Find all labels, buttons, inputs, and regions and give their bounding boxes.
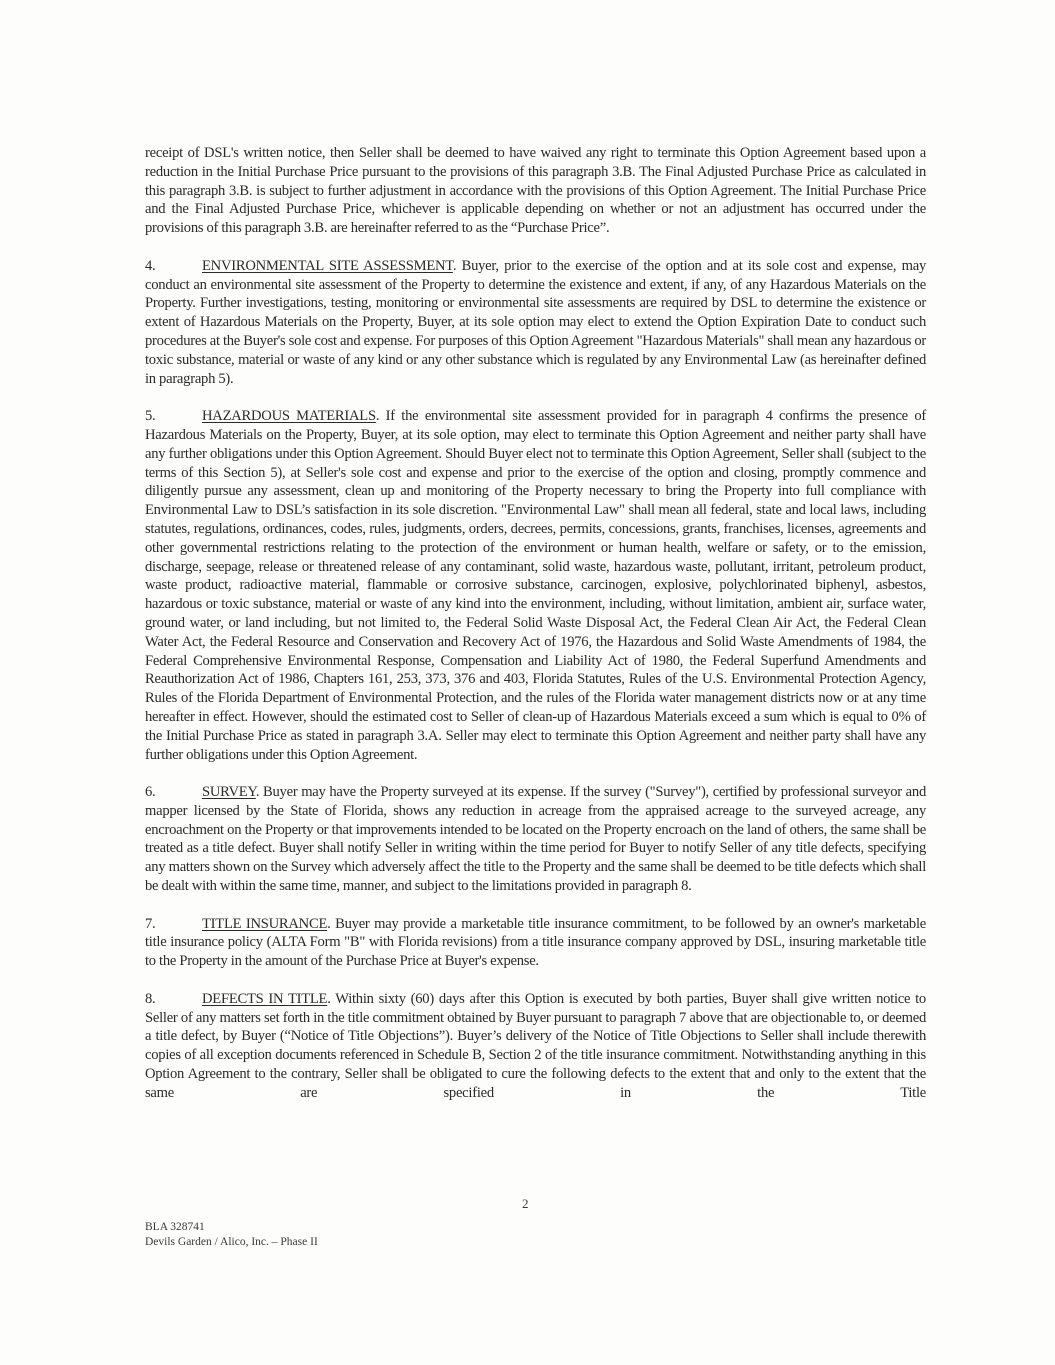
section-heading: SURVEY (202, 784, 256, 800)
section-number: 4. (145, 257, 202, 276)
section-number: 8. (145, 990, 202, 1009)
document-body: receipt of DSL's written notice, then Se… (145, 144, 926, 1121)
section-text: . Buyer may have the Property surveyed a… (145, 784, 926, 894)
section-5-hazardous-materials: 5.HAZARDOUS MATERIALS. If the environmen… (145, 407, 926, 764)
section-heading: TITLE INSURANCE (202, 916, 327, 932)
section-heading: HAZARDOUS MATERIALS (202, 408, 376, 424)
section-text: . Within sixty (60) days after this Opti… (145, 991, 926, 1101)
section-number: 6. (145, 783, 202, 802)
continuation-paragraph: receipt of DSL's written notice, then Se… (145, 144, 926, 238)
section-8-defects-in-title: 8.DEFECTS IN TITLE. Within sixty (60) da… (145, 990, 926, 1103)
section-4-environmental-site-assessment: 4.ENVIRONMENTAL SITE ASSESSMENT. Buyer, … (145, 257, 926, 389)
section-text: . Buyer, prior to the exercise of the op… (145, 258, 926, 387)
section-7-title-insurance: 7.TITLE INSURANCE. Buyer may provide a m… (145, 915, 926, 971)
section-heading: ENVIRONMENTAL SITE ASSESSMENT (202, 258, 453, 274)
section-6-survey: 6.SURVEY. Buyer may have the Property su… (145, 783, 926, 896)
page-number: 2 (522, 1196, 529, 1212)
document-page: receipt of DSL's written notice, then Se… (0, 0, 1055, 1365)
section-text: . If the environmental site assessment p… (145, 408, 926, 762)
footer-project-name: Devils Garden / Alico, Inc. – Phase II (145, 1235, 318, 1250)
section-heading: DEFECTS IN TITLE (202, 991, 327, 1007)
section-number: 5. (145, 407, 202, 426)
footer-reference-number: BLA 328741 (145, 1220, 318, 1235)
document-footer: BLA 328741 Devils Garden / Alico, Inc. –… (145, 1220, 318, 1250)
section-number: 7. (145, 915, 202, 934)
